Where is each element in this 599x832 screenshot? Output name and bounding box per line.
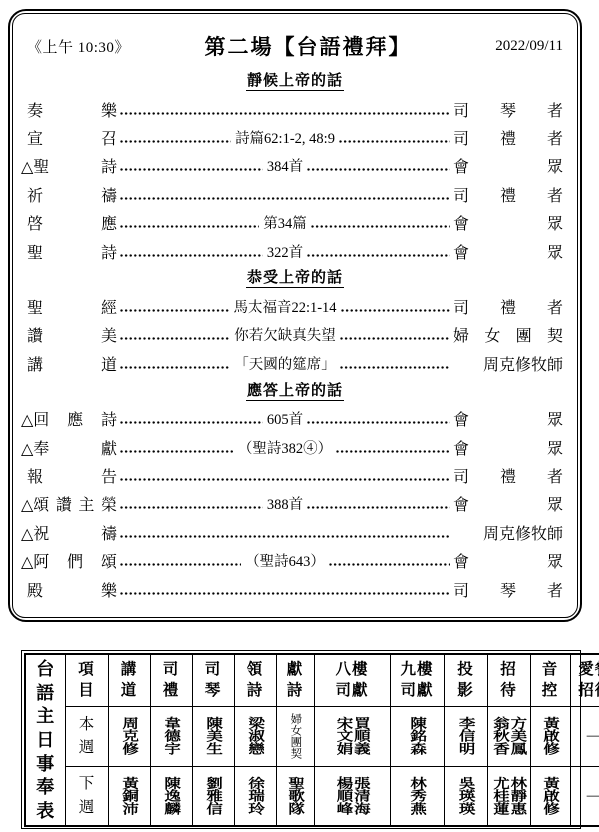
- duty-cell-song-leader: 徐瑞玲: [234, 766, 276, 826]
- duty-cell-projection: 吳瑛瑛: [444, 766, 487, 826]
- duty-row: 本週周克修韋德宇陳美生梁淑戀婦女團契買順義宋文娟陳銘森李信明方美鳳翁秋香黃啟修—: [25, 706, 599, 766]
- duty-cell-ushers: 方美鳳翁秋香: [487, 706, 530, 766]
- stand-triangle-label-unit: △祝: [21, 521, 49, 544]
- duty-cell-ushers: 林靜惠尤桂蓮: [487, 766, 530, 826]
- header-line: 司: [193, 659, 234, 680]
- duty-col-header-anthem: 獻詩: [276, 654, 314, 706]
- dotted-leader: [307, 421, 450, 424]
- header-line: 琴: [193, 680, 234, 701]
- empty-duty-dash: —: [571, 727, 599, 745]
- section-heading: 恭受上帝的話: [27, 265, 563, 292]
- role-unit: 會: [453, 492, 469, 515]
- duty-col-header: 項目: [65, 654, 108, 706]
- header-line: 待: [488, 680, 530, 701]
- program-row: 聖詩322首會眾: [27, 237, 563, 265]
- duty-name: 宋文娟: [335, 717, 352, 756]
- program-row: 啓應第34篇會眾: [27, 209, 563, 237]
- dotted-leader: [336, 450, 450, 453]
- duty-cell-projection: 李信明: [444, 706, 487, 766]
- worship-order-box-inner: 《上午 10:30》 第二場【台語禮拜】 2022/09/11 靜候上帝的話奏樂…: [12, 13, 578, 618]
- program-row: 讚美你若欠缺真失望婦女團契: [27, 321, 563, 349]
- side-title-char: 日: [36, 731, 54, 749]
- role-unit: 眾: [547, 492, 563, 515]
- role-unit: 團: [516, 323, 532, 346]
- program-row: 聖經馬太福音22:1-14司禮者: [27, 292, 563, 320]
- role-unit: 眾: [547, 211, 563, 234]
- role-unit: 琴: [500, 98, 516, 121]
- duty-col-header-text: 九樓司獻: [391, 659, 444, 701]
- program-item-role: 司禮者: [453, 183, 563, 206]
- dotted-leader: [311, 225, 450, 228]
- dotted-leader: [307, 168, 450, 171]
- header-line: 講: [109, 659, 150, 680]
- duty-col-header-song-leader: 領詩: [234, 654, 276, 706]
- role-unit: 司: [453, 464, 469, 487]
- duty-col-header-text: 愛餐招待: [571, 659, 599, 701]
- duty-cell-liturgist: 陳逸麟: [150, 766, 192, 826]
- program-item-label: 啓應: [27, 211, 117, 234]
- duty-name: 徐瑞玲: [246, 776, 263, 815]
- duty-name: 李信明: [457, 717, 474, 756]
- duty-name: 方美鳳: [509, 717, 526, 756]
- row-label-char: 本: [79, 717, 95, 733]
- role-unit: 司: [453, 183, 469, 206]
- duty-names: 方美鳳翁秋香: [488, 707, 530, 766]
- header-line: 領: [235, 659, 276, 680]
- duty-col-header-ushers: 招待: [487, 654, 530, 706]
- stand-triangle-label-unit: △奉: [21, 436, 49, 459]
- role-unit: 眾: [547, 240, 563, 263]
- dotted-leader: [329, 563, 450, 566]
- duty-cell-pianist: 劉雅信: [192, 766, 234, 826]
- program-row: △奉獻（聖詩382④）會眾: [27, 433, 563, 461]
- dotted-leader: [307, 254, 450, 257]
- duty-col-header-text: 音控: [531, 659, 570, 701]
- dotted-leader: [120, 254, 263, 257]
- label-unit: 召: [101, 126, 117, 149]
- dotted-leader: [120, 140, 231, 143]
- header-line: 獻: [277, 659, 314, 680]
- dotted-leader: [120, 309, 229, 312]
- duty-cell-offering-8f: 買順義宋文娟: [314, 706, 390, 766]
- program-row: 報告司禮者: [27, 461, 563, 489]
- church-bulletin-page: 《上午 10:30》 第二場【台語禮拜】 2022/09/11 靜候上帝的話奏樂…: [0, 0, 599, 832]
- row-label-char: 週: [79, 740, 95, 756]
- label-unit: 榮: [101, 492, 117, 515]
- row-label-char: 週: [79, 800, 95, 816]
- role-unit: 禮: [500, 126, 516, 149]
- program-row: 講道「天國的筵席」周克修牧師: [27, 349, 563, 377]
- duty-col-header-audio: 音控: [530, 654, 570, 706]
- program-item-role: 會眾: [453, 407, 563, 430]
- program-item-role: 司禮者: [453, 126, 563, 149]
- duty-names: 買順義宋文娟: [315, 707, 390, 766]
- duty-col-header-meal-ushers: 愛餐招待: [570, 654, 599, 706]
- section-heading-text: 靜候上帝的話: [246, 73, 344, 91]
- program-item-label: △聖詩: [27, 154, 117, 177]
- duty-row-label: 本週: [66, 709, 108, 763]
- duty-name: 楊順峰: [335, 776, 352, 815]
- duty-col-header-text: 講道: [109, 659, 150, 701]
- duty-cell-anthem: 婦女團契: [276, 706, 314, 766]
- program-row: 祈禱司禮者: [27, 180, 563, 208]
- header-line: 影: [445, 680, 487, 701]
- header-line: 控: [531, 680, 570, 701]
- duty-names: 林秀燕: [391, 767, 444, 826]
- program-row: △頌讚主榮388首會眾: [27, 490, 563, 518]
- duty-col-header-liturgist: 司禮: [150, 654, 192, 706]
- duty-name: 黃啟修: [541, 717, 558, 756]
- stand-triangle-label-unit: △阿: [21, 549, 49, 572]
- duty-names: 韋德宇: [151, 707, 192, 766]
- dotted-leader: [340, 366, 450, 369]
- duty-names: 林靜惠尤桂蓮: [488, 767, 530, 826]
- program-item-label: 報告: [27, 464, 117, 487]
- header-line: 司獻: [391, 680, 444, 701]
- dotted-leader: [120, 506, 263, 509]
- duty-name: 林秀燕: [408, 776, 425, 815]
- program-item-label: 奏樂: [27, 98, 117, 121]
- duty-names: 周克修: [109, 707, 150, 766]
- duty-name: 買順義: [352, 717, 369, 756]
- duty-col-header-text: 獻詩: [277, 659, 314, 701]
- side-title-char: 台: [36, 660, 54, 678]
- header-line: 詩: [235, 680, 276, 701]
- service-date: 2022/09/11: [471, 38, 563, 55]
- role-unit: 眾: [547, 154, 563, 177]
- program-item-detail: （聖詩382④）: [237, 437, 333, 458]
- program-item-role: 會眾: [453, 240, 563, 263]
- dotted-leader: [307, 506, 450, 509]
- side-title-char: 奉: [36, 778, 54, 796]
- duty-col-header-projection: 投影: [444, 654, 487, 706]
- duty-name: 黃啟修: [541, 776, 558, 815]
- duty-names: 梁淑戀: [235, 707, 276, 766]
- duty-name: 陳銘森: [408, 717, 425, 756]
- duty-name: 劉雅信: [204, 776, 221, 815]
- program-item-label: 聖經: [27, 295, 117, 318]
- header-line: 司: [151, 659, 192, 680]
- label-unit: 奏: [27, 98, 43, 121]
- duty-col-header-preacher: 講道: [108, 654, 150, 706]
- label-unit: 讚: [56, 492, 72, 515]
- program-row: 殿樂司琴者: [27, 575, 563, 603]
- dotted-leader: [120, 366, 230, 369]
- section-heading: 靜候上帝的話: [27, 68, 563, 95]
- label-unit: 樂: [101, 98, 117, 121]
- section-heading-text: 恭受上帝的話: [246, 270, 344, 288]
- program-item-label: 祈禱: [27, 183, 117, 206]
- header-line: 詩: [277, 680, 314, 701]
- bulletin-header: 《上午 10:30》 第二場【台語禮拜】 2022/09/11: [27, 26, 563, 66]
- header-line: 愛餐: [571, 659, 599, 680]
- program-item-detail: 388首: [266, 493, 304, 514]
- program-item-label: △阿們頌: [27, 549, 117, 572]
- duty-cell-preacher: 黃銅沛: [108, 766, 150, 826]
- program-item-role: 婦女團契: [453, 323, 563, 346]
- label-unit: 主: [78, 492, 94, 515]
- service-time: 《上午 10:30》: [27, 36, 145, 57]
- role-unit: 者: [547, 295, 563, 318]
- duty-cell-anthem: 聖歌隊: [276, 766, 314, 826]
- label-unit: 詩: [101, 240, 117, 263]
- label-unit: 告: [101, 464, 117, 487]
- duty-names: 劉雅信: [193, 767, 234, 826]
- role-unit: 者: [547, 183, 563, 206]
- duty-names: 黃銅沛: [109, 767, 150, 826]
- duty-row-label-cell: 本週: [65, 706, 108, 766]
- duty-name: 張清海: [352, 776, 369, 815]
- side-title-char: 事: [36, 755, 54, 773]
- dotted-leader: [120, 112, 450, 115]
- program-item-role: 會眾: [453, 211, 563, 234]
- header-line: 司獻: [315, 680, 390, 701]
- dotted-leader: [120, 592, 450, 595]
- program-row: △聖詩384首會眾: [27, 152, 563, 180]
- header-line: 道: [109, 680, 150, 701]
- duty-col-header-pianist: 司琴: [192, 654, 234, 706]
- duty-cell-offering-8f: 張清海楊順峰: [314, 766, 390, 826]
- duty-col-header-text: 招待: [488, 659, 530, 701]
- role-unit: 禮: [500, 295, 516, 318]
- role-unit: 眾: [547, 549, 563, 572]
- duty-side-title-cell: 台語主日事奉表: [25, 654, 65, 826]
- program-item-role: 會眾: [453, 436, 563, 459]
- program-row: △回應詩605首會眾: [27, 405, 563, 433]
- program-item-label: △回應詩: [27, 407, 117, 430]
- header-line: 投: [445, 659, 487, 680]
- dotted-leader: [120, 225, 259, 228]
- duty-name: 婦女團契: [289, 713, 302, 759]
- program-item-role: 周克修牧師: [453, 352, 563, 375]
- program-item-detail: 你若欠缺真失望: [233, 324, 337, 345]
- label-unit: 經: [101, 295, 117, 318]
- label-unit: 詩: [101, 154, 117, 177]
- side-title-char: 語: [36, 684, 54, 702]
- label-unit: 道: [101, 352, 117, 375]
- role-unit: 司: [453, 126, 469, 149]
- program-item-label: 聖詩: [27, 240, 117, 263]
- header-line: 項: [66, 659, 108, 680]
- label-unit: 禱: [101, 521, 117, 544]
- header-line: 九樓: [391, 659, 444, 680]
- duty-col-header-text: 司琴: [193, 659, 234, 701]
- program-item-label: △奉獻: [27, 436, 117, 459]
- role-unit: 眾: [547, 436, 563, 459]
- program-item-label: △祝禱: [27, 521, 117, 544]
- label-unit: 獻: [101, 436, 117, 459]
- header-line: 目: [66, 680, 108, 701]
- role-unit: 會: [453, 549, 469, 572]
- program-item-role: 會眾: [453, 492, 563, 515]
- duty-name: 陳逸麟: [162, 776, 179, 815]
- duty-col-header-text: 領詩: [235, 659, 276, 701]
- label-unit: 殿: [27, 578, 43, 601]
- dotted-leader: [340, 337, 450, 340]
- role-unit: 司: [453, 98, 469, 121]
- dotted-leader: [120, 337, 230, 340]
- duty-names: 徐瑞玲: [235, 767, 276, 826]
- label-unit: 們: [67, 549, 83, 572]
- duty-cell-song-leader: 梁淑戀: [234, 706, 276, 766]
- program-row: 奏樂司琴者: [27, 95, 563, 123]
- duty-name: 翁秋香: [491, 717, 508, 756]
- duty-col-header-text: 投影: [445, 659, 487, 701]
- stand-triangle-label-unit: △頌: [21, 492, 49, 515]
- role-unit: 會: [453, 240, 469, 263]
- role-unit: 琴: [500, 578, 516, 601]
- role-unit: 婦: [453, 323, 469, 346]
- program-row: △阿們頌（聖詩643）會眾: [27, 546, 563, 574]
- dotted-leader: [120, 450, 234, 453]
- program-item-detail: 馬太福音22:1-14: [232, 296, 337, 317]
- duty-header-row: 台語主日事奉表項目講道司禮司琴領詩獻詩八樓司獻九樓司獻投影招待音控愛餐招待: [25, 654, 599, 706]
- program-item-detail: 605首: [266, 408, 304, 429]
- duty-name: 韋德宇: [162, 717, 179, 756]
- duty-roster-section: 台語主日事奉表項目講道司禮司琴領詩獻詩八樓司獻九樓司獻投影招待音控愛餐招待本週周…: [21, 650, 581, 829]
- side-title-char: 主: [36, 707, 54, 725]
- program-item-label: 殿樂: [27, 578, 117, 601]
- duty-name: 聖歌隊: [286, 776, 303, 815]
- duty-name: 尤桂蓮: [491, 776, 508, 815]
- program-item-role: 司琴者: [453, 578, 563, 601]
- program-item-label: 講道: [27, 352, 117, 375]
- label-unit: 美: [101, 323, 117, 346]
- duty-side-title: 台語主日事奉表: [26, 660, 65, 820]
- role-unit: 者: [547, 126, 563, 149]
- role-unit: 禮: [500, 464, 516, 487]
- program-item-role: 會眾: [453, 154, 563, 177]
- role-unit: 者: [547, 464, 563, 487]
- duty-name: 陳美生: [204, 717, 221, 756]
- duty-roster-table: 台語主日事奉表項目講道司禮司琴領詩獻詩八樓司獻九樓司獻投影招待音控愛餐招待本週周…: [24, 653, 599, 827]
- role-unit: 契: [547, 323, 563, 346]
- label-unit: 詩: [101, 407, 117, 430]
- header-line: 招待: [571, 680, 599, 701]
- duty-col-header-offering-8f: 八樓司獻: [314, 654, 390, 706]
- program-item-role: 司琴者: [453, 98, 563, 121]
- duty-names: 陳逸麟: [151, 767, 192, 826]
- page-title: 第二場【台語禮拜】: [145, 31, 471, 61]
- dotted-leader: [339, 140, 450, 143]
- program-item-role: 司禮者: [453, 464, 563, 487]
- role-unit: 周克修牧師: [483, 521, 563, 544]
- label-unit: 講: [27, 352, 43, 375]
- label-unit: 禱: [101, 183, 117, 206]
- empty-duty-dash: —: [571, 787, 599, 805]
- worship-program: 靜候上帝的話奏樂司琴者宣召詩篇62:1-2, 48:9司禮者△聖詩384首會眾祈…: [27, 68, 563, 603]
- label-unit: 報: [27, 464, 43, 487]
- role-unit: 女: [484, 323, 500, 346]
- duty-cell-audio: 黃啟修: [530, 766, 570, 826]
- duty-name: 吳瑛瑛: [457, 776, 474, 815]
- program-item-label: △頌讚主榮: [27, 492, 117, 515]
- duty-cell-meal-ushers: —: [570, 706, 599, 766]
- duty-name: 黃銅沛: [120, 776, 137, 815]
- role-unit: 眾: [547, 407, 563, 430]
- role-unit: 會: [453, 407, 469, 430]
- role-unit: 司: [453, 295, 469, 318]
- dotted-leader: [120, 168, 263, 171]
- duty-row-label: 下週: [66, 769, 108, 823]
- duty-names: 張清海楊順峰: [315, 767, 390, 826]
- section-heading: 應答上帝的話: [27, 378, 563, 405]
- role-unit: 周克修牧師: [483, 352, 563, 375]
- duty-name: 周克修: [120, 717, 137, 756]
- label-unit: 宣: [27, 126, 43, 149]
- duty-names: 婦女團契: [277, 707, 314, 766]
- role-unit: 會: [453, 436, 469, 459]
- label-unit: 聖: [27, 240, 43, 263]
- label-unit: 應: [101, 211, 117, 234]
- duty-names: 李信明: [445, 707, 487, 766]
- duty-row: 下週黃銅沛陳逸麟劉雅信徐瑞玲聖歌隊張清海楊順峰林秀燕吳瑛瑛林靜惠尤桂蓮黃啟修—: [25, 766, 599, 826]
- duty-names: 陳銘森: [391, 707, 444, 766]
- duty-names: 聖歌隊: [277, 767, 314, 826]
- section-heading-text: 應答上帝的話: [246, 383, 344, 401]
- program-item-detail: 322首: [266, 241, 304, 262]
- label-unit: 樂: [101, 578, 117, 601]
- duty-col-header-text: 八樓司獻: [315, 659, 390, 701]
- role-unit: 會: [453, 211, 469, 234]
- label-unit: 頌: [101, 549, 117, 572]
- duty-names: 陳美生: [193, 707, 234, 766]
- dotted-leader: [120, 535, 450, 538]
- program-item-label: 讚美: [27, 323, 117, 346]
- program-row: 宣召詩篇62:1-2, 48:9司禮者: [27, 123, 563, 151]
- dotted-leader: [120, 421, 263, 424]
- duty-cell-audio: 黃啟修: [530, 706, 570, 766]
- duty-cell-preacher: 周克修: [108, 706, 150, 766]
- program-item-role: 會眾: [453, 549, 563, 572]
- dotted-leader: [120, 197, 450, 200]
- duty-cell-offering-9f: 陳銘森: [390, 706, 444, 766]
- label-unit: 啓: [27, 211, 43, 234]
- row-label-char: 下: [79, 776, 95, 792]
- header-line: 八樓: [315, 659, 390, 680]
- label-unit: 聖: [27, 295, 43, 318]
- dotted-leader: [120, 563, 241, 566]
- program-item-detail: （聖詩643）: [244, 550, 326, 571]
- duty-cell-pianist: 陳美生: [192, 706, 234, 766]
- duty-col-header-text: 項目: [66, 659, 108, 701]
- role-unit: 者: [547, 98, 563, 121]
- program-item-detail: 詩篇62:1-2, 48:9: [234, 127, 336, 148]
- duty-names: 黃啟修: [531, 707, 570, 766]
- label-unit: 讚: [27, 323, 43, 346]
- side-title-char: 表: [36, 802, 54, 820]
- program-item-detail: 第34篇: [262, 212, 308, 233]
- duty-names: 吳瑛瑛: [445, 767, 487, 826]
- program-item-role: 司禮者: [453, 295, 563, 318]
- role-unit: 司: [453, 578, 469, 601]
- role-unit: 會: [453, 154, 469, 177]
- role-unit: 禮: [500, 183, 516, 206]
- dotted-leader: [120, 478, 450, 481]
- stand-triangle-label-unit: △回: [21, 407, 49, 430]
- worship-order-box: 《上午 10:30》 第二場【台語禮拜】 2022/09/11 靜候上帝的話奏樂…: [8, 9, 582, 622]
- stand-triangle-label-unit: △聖: [21, 154, 49, 177]
- header-line: 禮: [151, 680, 192, 701]
- program-item-detail: 「天國的筵席」: [233, 353, 337, 374]
- duty-names: 黃啟修: [531, 767, 570, 826]
- program-item-role: 周克修牧師: [453, 521, 563, 544]
- header-line: 音: [531, 659, 570, 680]
- duty-name: 梁淑戀: [246, 717, 263, 756]
- program-item-label: 宣召: [27, 126, 117, 149]
- duty-row-label-cell: 下週: [65, 766, 108, 826]
- header-line: 招: [488, 659, 530, 680]
